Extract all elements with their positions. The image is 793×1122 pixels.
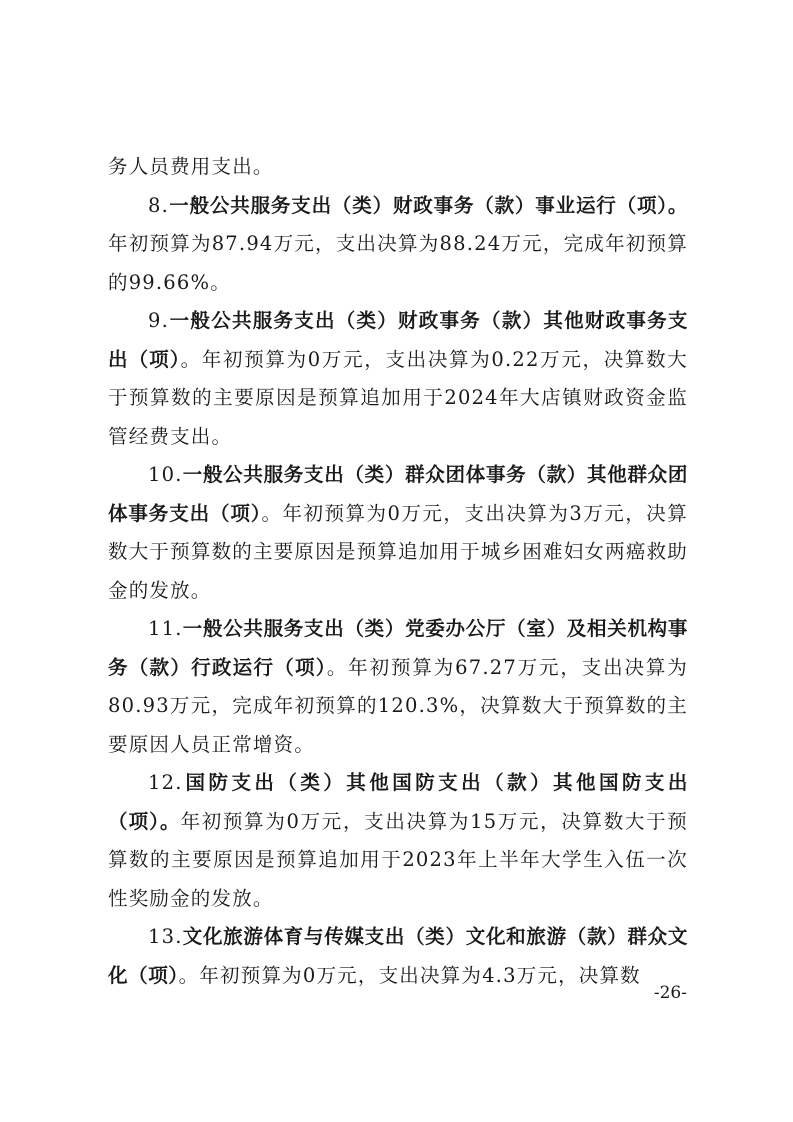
paragraph-item-8: 8.一般公共服务支出（类）财政事务（款）事业运行（项）。年初预算为87.94万元… <box>108 187 688 303</box>
item-body: 年初预算为0万元，支出决算为15万元，决算数大于预算数的主要原因是预算追加用于2… <box>108 810 688 910</box>
paragraph-continuation: 务人员费用支出。 <box>108 148 688 187</box>
paragraph-item-11: 11.一般公共服务支出（类）党委办公厅（室）及相关机构事务（款）行政运行（项）。… <box>108 610 688 764</box>
item-number: 9. <box>148 309 169 332</box>
page-number: -26- <box>654 983 687 1003</box>
item-heading: 一般公共服务支出（类）财政事务（款）事业运行（项）。 <box>169 194 688 217</box>
paragraph-item-13: 13.文化旅游体育与传媒支出（类）文化和旅游（款）群众文化（项）。年初预算为0万… <box>108 918 688 995</box>
paragraph-body: 务人员费用支出。 <box>108 155 274 178</box>
item-body: 。年初预算为0万元，支出决算为0.22万元，决算数大于预算数的主要原因是预算追加… <box>108 348 688 448</box>
item-body: 年初预算为87.94万元，支出决算为88.24万元，完成年初预算的99.66%。 <box>108 232 688 294</box>
document-page: 务人员费用支出。 8.一般公共服务支出（类）财政事务（款）事业运行（项）。年初预… <box>0 0 793 1122</box>
item-number: 12. <box>148 771 183 794</box>
item-number: 10. <box>148 463 183 486</box>
item-body: 。年初预算为0万元，支出决算为4.3万元，决算数 <box>179 964 641 987</box>
paragraph-item-12: 12.国防支出（类）其他国防支出（款）其他国防支出（项）。年初预算为0万元，支出… <box>108 764 688 918</box>
item-number: 13. <box>148 925 183 948</box>
paragraph-item-9: 9.一般公共服务支出（类）财政事务（款）其他财政事务支出（项）。年初预算为0万元… <box>108 302 688 456</box>
document-body: 务人员费用支出。 8.一般公共服务支出（类）财政事务（款）事业运行（项）。年初预… <box>108 148 688 995</box>
item-number: 11. <box>148 617 183 640</box>
item-number: 8. <box>148 194 169 217</box>
paragraph-item-10: 10.一般公共服务支出（类）群众团体事务（款）其他群众团体事务支出（项）。年初预… <box>108 456 688 610</box>
